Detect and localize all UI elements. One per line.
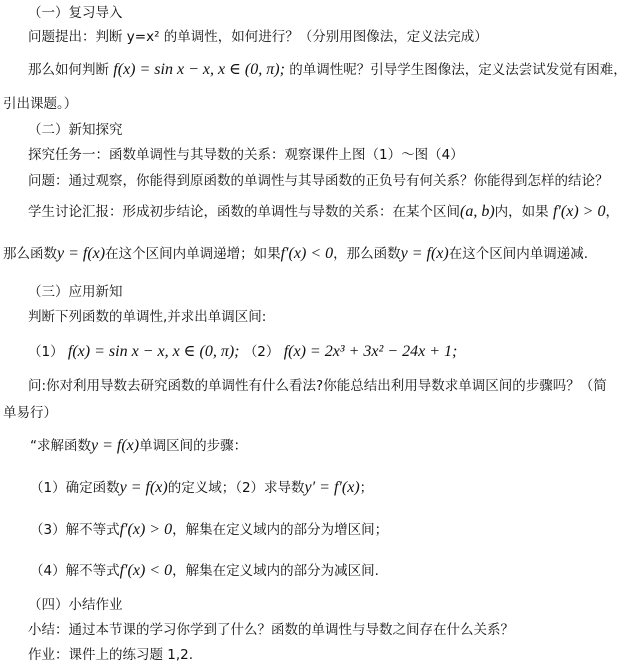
math-expression: f′(x) > 0 <box>120 521 173 538</box>
math-expression: f′(x) < 0 <box>281 245 334 262</box>
math-expression: y = f(x) <box>120 479 168 496</box>
section1-line2: 那么如何判断 f(x) = sin x − x, x ∈ (0, π); 的单调… <box>28 60 627 80</box>
step-4: （4）解不等式f′(x) < 0，解集在定义域内的部分为减区间. <box>30 561 379 581</box>
text: （2） <box>244 344 280 360</box>
text: “求解函数 <box>30 438 91 454</box>
section3-intro: 判断下列函数的单调性,并求出单调区间: <box>28 307 266 327</box>
text: 在这个区间内单调递增；如果 <box>105 246 281 262</box>
section2-report-line2: 那么函数y = f(x)在这个区间内单调递增；如果f′(x) < 0，那么函数y… <box>3 244 588 264</box>
text: 那么函数 <box>3 246 57 262</box>
math-expression: y = f(x) <box>401 245 449 262</box>
section1-question: 问题提出：判断 y=x² 的单调性，如何进行？（分别用图像法，定义法完成） <box>28 27 488 47</box>
section4-homework: 作业：课件上的练习题 1,2. <box>28 645 193 665</box>
math-expression: f(x) = sin x − x, x ∈ (0, π); <box>113 61 285 78</box>
text: 的定义域；（2）求导数 <box>168 480 305 496</box>
section1-heading: （一）复习导入 <box>28 3 123 23</box>
math-expression: y′ = f′(x) <box>305 479 360 496</box>
text: ，解集在定义域内的部分为减区间. <box>172 563 379 579</box>
text: ； <box>360 480 374 496</box>
math-expression: f′(x) > 0 <box>553 203 606 220</box>
section3-ask-line1: 问:你对利用导数去研究函数的单调性有什么看法?你能总结出利用导数求单调区间的步骤… <box>28 376 607 396</box>
text: ，那么函数 <box>333 246 401 262</box>
math-expression: y = f(x) <box>91 437 139 454</box>
section2-question: 问题：通过观察，你能得到原函数的单调性与其导函数的正负号有何关系？你能得到怎样的… <box>28 171 609 191</box>
section2-report: 学生讨论汇报：形成初步结论，函数的单调性与导数的关系：在某个区间(a, b)内，… <box>28 202 619 222</box>
text: ，解集在定义域内的部分为增区间； <box>172 522 388 538</box>
text: （4）解不等式 <box>30 563 120 579</box>
math-expression: (a, b) <box>460 203 495 220</box>
section3-heading: （三）应用新知 <box>28 282 123 302</box>
text: （1）确定函数 <box>30 480 120 496</box>
math-expression: y = f(x) <box>57 245 105 262</box>
text: 学生讨论汇报：形成初步结论，函数的单调性与导数的关系：在某个区间 <box>28 204 460 220</box>
step-3: （3）解不等式f′(x) > 0，解集在定义域内的部分为增区间； <box>30 520 388 540</box>
text: 的单调性呢？引导学生图像法，定义法尝试发觉有困难， <box>289 62 627 78</box>
math-expression: f(x) = sin x − x, x ∈ (0, π); <box>68 343 240 360</box>
step-1-2: （1）确定函数y = f(x)的定义域；（2）求导数y′ = f′(x)； <box>30 478 373 498</box>
math-expression: f(x) = 2x³ + 3x² − 24x + 1; <box>284 343 458 360</box>
section3-examples: （1） f(x) = sin x − x, x ∈ (0, π); （2） f(… <box>28 342 457 362</box>
text: （1） <box>28 344 64 360</box>
steps-title: “求解函数y = f(x)单调区间的步骤： <box>30 436 247 456</box>
section2-task: 探究任务一：函数单调性与其导数的关系：观察课件上图（1）～图（4） <box>28 145 464 165</box>
text: 内，如果 <box>495 204 549 220</box>
text: 在这个区间内单调递减. <box>449 246 588 262</box>
section1-line3: 引出课题。） <box>3 94 77 114</box>
text: （3）解不等式 <box>30 522 120 538</box>
section2-heading: （二）新知探究 <box>28 120 123 140</box>
text: ， <box>605 204 619 220</box>
text: 单调区间的步骤： <box>139 438 247 454</box>
math-expression: f′(x) < 0 <box>120 562 173 579</box>
text: 那么如何判断 <box>28 62 109 78</box>
section4-summary: 小结：通过本节课的学习你学到了什么？函数的单调性与导数之间存在什么关系？ <box>28 620 514 640</box>
section3-ask-line2: 单易行） <box>3 403 57 423</box>
section4-heading: （四）小结作业 <box>28 595 123 615</box>
